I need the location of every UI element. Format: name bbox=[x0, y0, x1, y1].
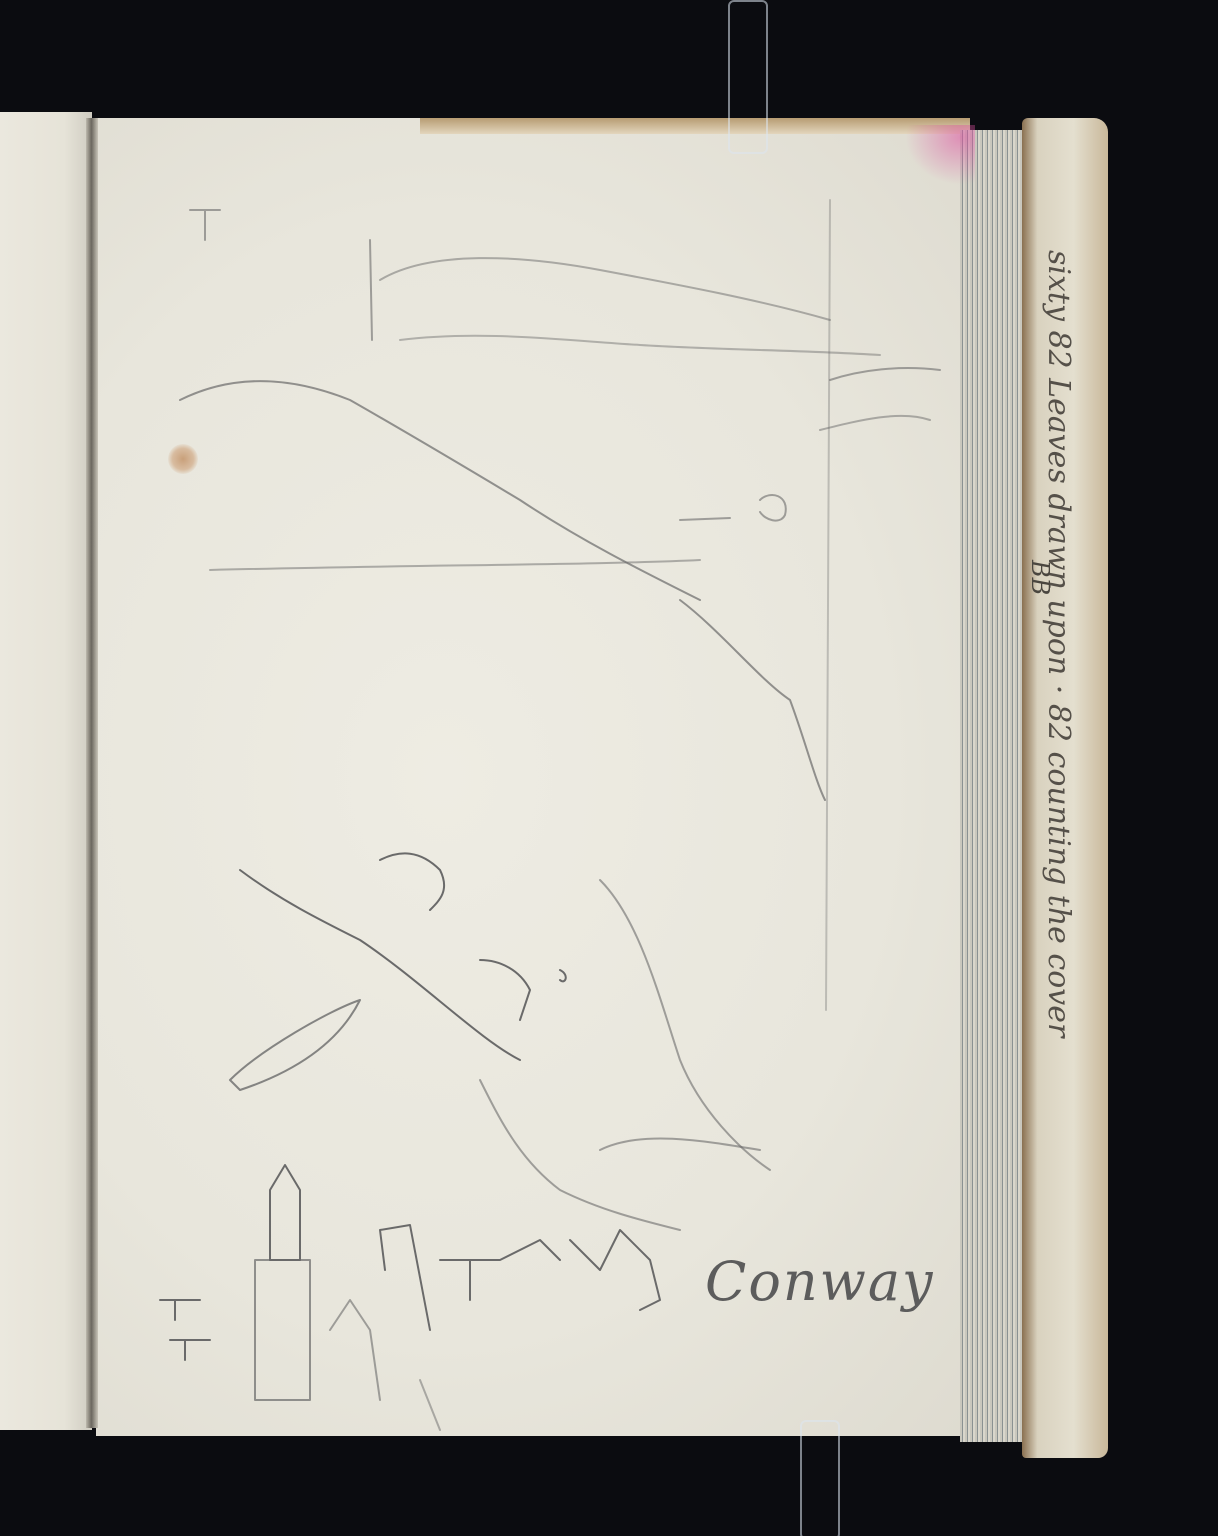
spine-inscription: sixty 82 Leaves drawn upon · 82 counting… bbox=[1041, 250, 1076, 1037]
sketch-caption: Conway bbox=[705, 1250, 935, 1313]
page-clip-top bbox=[728, 0, 768, 154]
spine-inscription-secondary: BB bbox=[1026, 560, 1054, 595]
sketchbook-photo: Conway sixty 82 Leaves drawn upon · 82 c… bbox=[0, 0, 1218, 1536]
page-clip-bottom bbox=[800, 1420, 840, 1536]
pencil-sketch bbox=[0, 0, 1218, 1536]
